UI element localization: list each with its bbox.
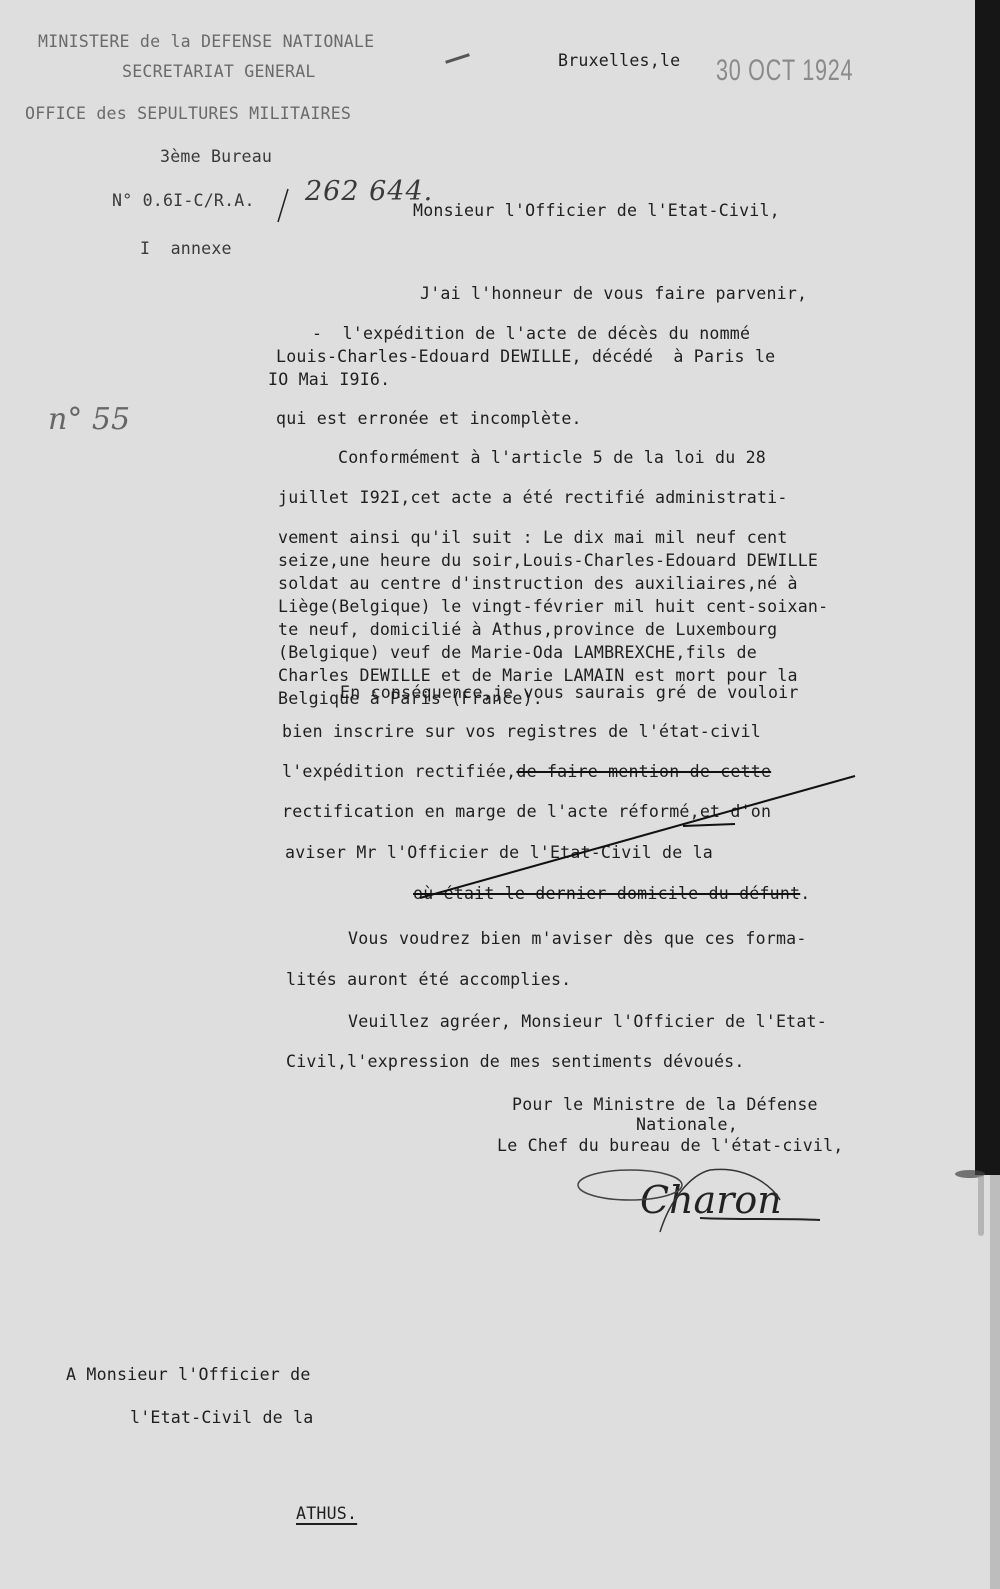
document-page: MINISTERE de la DEFENSE NATIONALE SECRET… [0, 0, 1000, 1589]
body-para3-line3-struck: de faire mention de cette [516, 762, 771, 781]
body-item-line1: - l'expédition de l'acte de décès du nom… [312, 324, 750, 343]
addressee-line1: A Monsieur l'Officier de [66, 1365, 311, 1384]
body-intro: J'ai l'honneur de vous faire parvenir, [420, 284, 807, 303]
signature-line1: Pour le Ministre de la Défense [512, 1095, 818, 1114]
body-para3-line6-end: . [800, 884, 810, 903]
place-label: Bruxelles,le [558, 51, 680, 70]
bureau-label: 3ème Bureau [160, 147, 272, 166]
paper-flap-edge [978, 1176, 984, 1236]
letterhead-ministry: MINISTERE de la DEFENSE NATIONALE [38, 32, 374, 51]
body-para4-line1: Vous voudrez bien m'aviser dès que ces f… [348, 929, 807, 948]
body-item-line4: qui est erronée et incomplète. [276, 409, 582, 428]
salutation: Monsieur l'Officier de l'Etat-Civil, [413, 201, 780, 220]
margin-note-handwritten: n° 55 [48, 402, 130, 437]
letterhead-secretariat: SECRETARIAT GENERAL [122, 62, 316, 81]
body-para2-line3: vement ainsi qu'il suit : Le dix mai mil… [278, 528, 788, 547]
body-para3-line4-end: ,et d'on [690, 802, 772, 821]
closing-line1: Veuillez agréer, Monsieur l'Officier de … [348, 1012, 827, 1031]
body-item-line2: Louis-Charles-Edouard DEWILLE, décédé à … [276, 347, 775, 366]
addressee-city: ATHUS. [296, 1504, 357, 1523]
body-para4-line2: lités auront été accomplies. [286, 970, 571, 989]
body-para3-line3-kept: l'expédition rectifiée, [282, 762, 516, 781]
rectification-line5: (Belgique) veuf de Marie-Oda LAMBREXCHE,… [278, 643, 757, 662]
date-stamp: 30 OCT 1924 [716, 54, 853, 88]
signature-line2: Nationale, [636, 1115, 738, 1134]
rectification-line1: seize,une heure du soir,Louis-Charles-Ed… [278, 551, 818, 570]
body-para3-line2: bien inscrire sur vos registres de l'éta… [282, 722, 761, 741]
body-para3-line1: En conséquence,je vous saurais gré de vo… [340, 683, 799, 702]
body-para2-line2: juillet I92I,cet acte a été rectifié adm… [278, 488, 788, 507]
body-para3-line4: rectification en marge de l'acte réformé… [282, 802, 771, 821]
rectification-line2: soldat au centre d'instruction des auxil… [278, 574, 798, 593]
rectification-line3: Liège(Belgique) le vingt-février mil hui… [278, 597, 828, 616]
reference-number: N° 0.6I-C/R.A. [112, 191, 255, 210]
body-para3-line6: où était le dernier domicile du défunt. [413, 884, 810, 903]
closing-line2: Civil,l'expression de mes sentiments dév… [286, 1052, 745, 1071]
page-edge-border [975, 0, 1000, 1175]
body-para3-line3: l'expédition rectifiée,de faire mention … [282, 762, 771, 781]
diagonal-strike-line [420, 776, 855, 898]
body-para3-line5: aviser Mr l'Officier de l'Etat-Civil de … [285, 843, 713, 862]
signature-line3: Le Chef du bureau de l'état-civil, [497, 1136, 843, 1155]
body-para3-line4-struck: réformé [618, 802, 689, 821]
body-para3-line4-kept: rectification en marge de l'acte [282, 802, 618, 821]
addressee-line2: l'Etat-Civil de la [130, 1408, 313, 1427]
strike-reforme [683, 824, 735, 826]
body-para3-line6-struck: où était le dernier domicile du défunt [413, 884, 800, 903]
body-item-line3: IO Mai I9I6. [268, 370, 390, 389]
letterhead-office: OFFICE des SEPULTURES MILITAIRES [25, 104, 351, 123]
handwritten-signature: Charon [640, 1178, 782, 1222]
page-edge-lower [990, 1175, 1000, 1589]
annex-label: I annexe [140, 239, 232, 258]
body-para2-line1: Conformément à l'article 5 de la loi du … [338, 448, 766, 467]
stray-mark [445, 53, 470, 64]
reference-slash [278, 189, 288, 222]
rectification-line4: te neuf, domicilié à Athus,province de L… [278, 620, 777, 639]
